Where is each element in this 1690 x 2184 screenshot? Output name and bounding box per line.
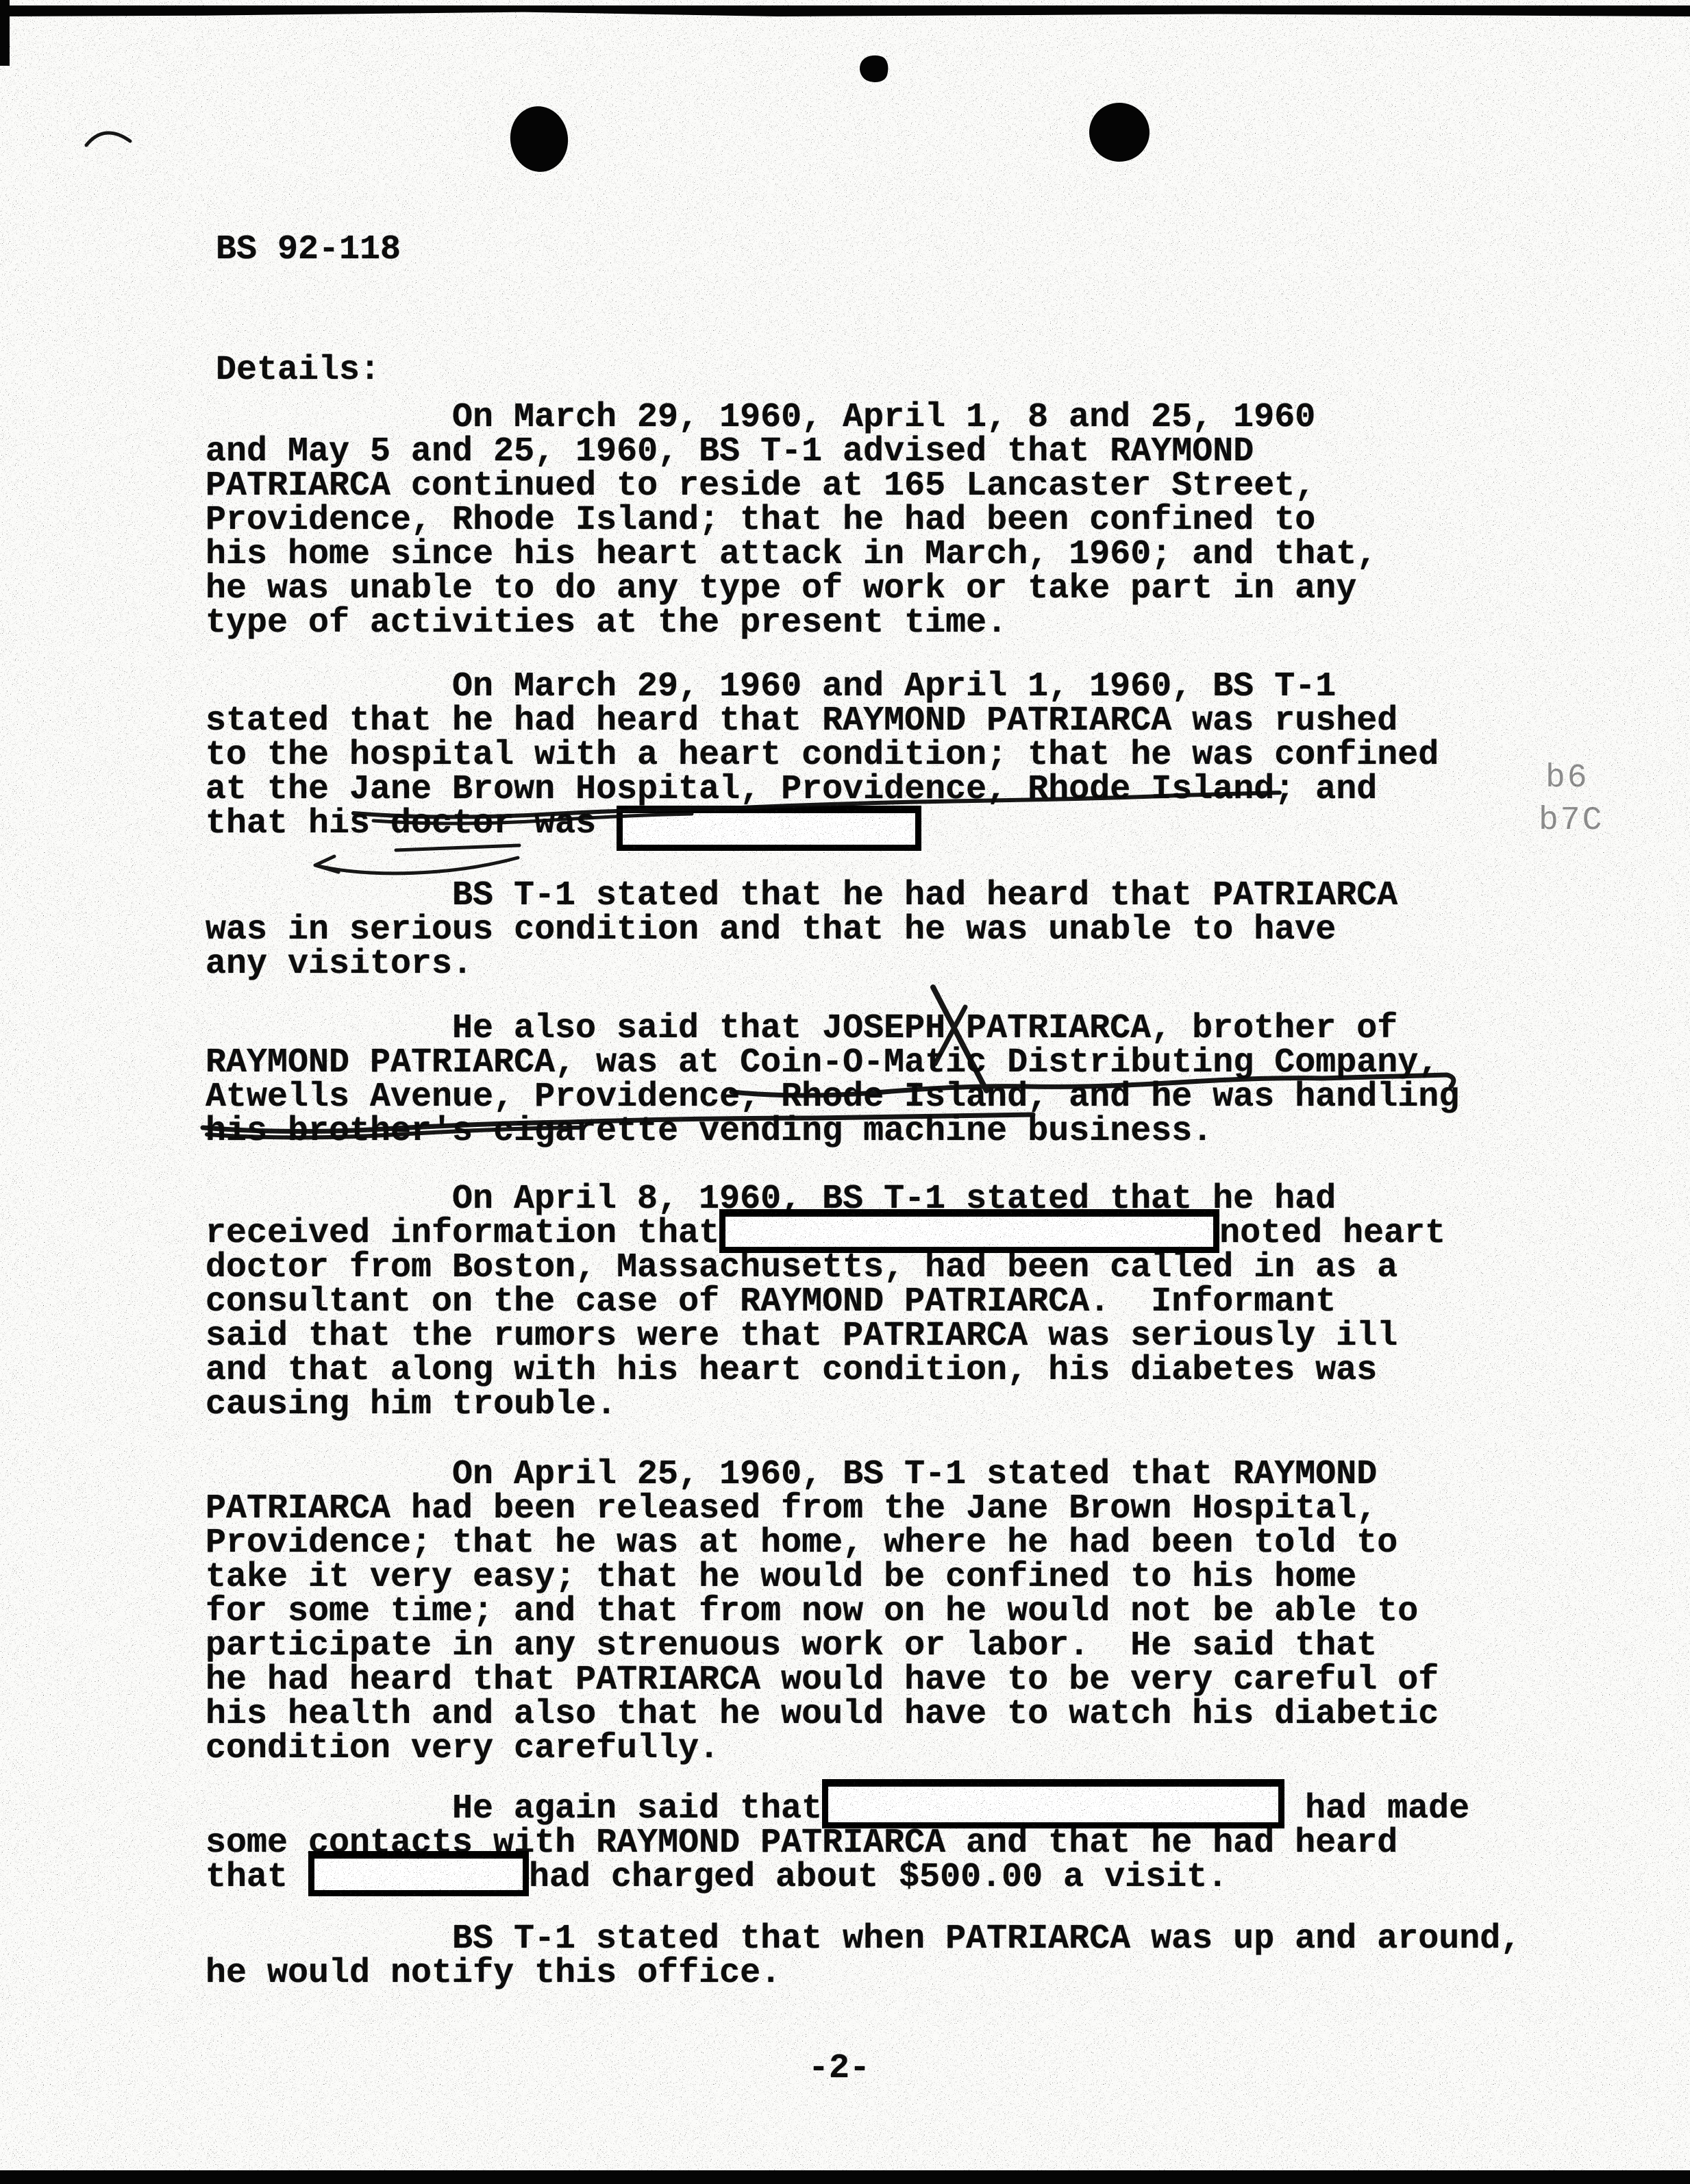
- paragraph-line: type of activities at the present time.: [206, 606, 1377, 641]
- text-run: any visitors.: [206, 945, 473, 984]
- paragraph: BS T-1 stated that when PATRIARCA was up…: [206, 1922, 1521, 1991]
- text-run: and that along with his heart condition,…: [206, 1351, 1377, 1390]
- scan-edge-left: [0, 0, 10, 66]
- paragraph-line: and May 5 and 25, 1960, BS T-1 advised t…: [206, 435, 1377, 469]
- paragraph-line: said that the rumors were that PATRIARCA…: [206, 1319, 1445, 1354]
- text-run: RAYMOND PATRIARCA, was at Coin-O-Matic D…: [206, 1043, 1439, 1082]
- redaction-box-border: [719, 1209, 1219, 1253]
- scan-edge-top: [0, 5, 1690, 16]
- paragraph-line: to the hospital with a heart condition; …: [206, 739, 1439, 773]
- paragraph-line: He also said that JOSEPH PATRIARCA, brot…: [206, 1012, 1459, 1046]
- exemption-code-b7c: b7C: [1539, 804, 1604, 837]
- text-run: causing him trouble.: [206, 1385, 617, 1424]
- redaction-box-border: [308, 1851, 529, 1896]
- paragraph-line: On April 25, 1960, BS T-1 stated that RA…: [206, 1458, 1439, 1492]
- text-run: take it very easy; that he would be conf…: [206, 1558, 1356, 1597]
- paragraph-line: RAYMOND PATRIARCA, was at Coin-O-Matic D…: [206, 1046, 1459, 1080]
- paragraph-line: he would notify this office.: [206, 1957, 1521, 1991]
- paragraph: BS T-1 stated that he had heard that PAT…: [206, 879, 1397, 982]
- text-run: had charged about $500.00 a visit.: [529, 1858, 1228, 1897]
- text-run: was in serious condition and that he was…: [206, 910, 1336, 950]
- text-run: at the Jane Brown Hospital, Providence, …: [206, 770, 1377, 809]
- text-run: and May 5 and 25, 1960, BS T-1 advised t…: [206, 432, 1254, 471]
- text-run: that his doctor was: [206, 804, 617, 843]
- paragraph-line: causing him trouble.: [206, 1388, 1445, 1422]
- paragraph: On April 8, 1960, BS T-1 stated that he …: [206, 1182, 1445, 1422]
- text-run: for some time; and that from now on he w…: [206, 1592, 1418, 1631]
- text-run: On March 29, 1960, April 1, 8 and 25, 19…: [452, 398, 1315, 437]
- text-run: to the hospital with a heart condition; …: [206, 736, 1439, 775]
- paragraph-line: Providence, Rhode Island; that he had be…: [206, 504, 1377, 538]
- page-number: -2-: [808, 2052, 870, 2086]
- text-run: he was unable to do any type of work or …: [206, 569, 1356, 608]
- text-run: He again said that: [452, 1789, 822, 1828]
- paragraph-line: He again said that had made: [206, 1792, 1469, 1826]
- case-number: BS 92-118: [216, 233, 401, 267]
- text-run: his home since his heart attack in March…: [206, 535, 1377, 574]
- text-run: BS T-1 stated that he had heard that PAT…: [452, 876, 1397, 915]
- text-run: Atwells Avenue, Providence, Rhode Island…: [206, 1078, 1459, 1117]
- text-run: On April 25, 1960, BS T-1 stated that RA…: [452, 1455, 1377, 1494]
- text-run: He also said that JOSEPH PATRIARCA, brot…: [452, 1009, 1397, 1048]
- text-run: Providence; that he was at home, where h…: [206, 1524, 1397, 1563]
- paragraph-line: consultant on the case of RAYMOND PATRIA…: [206, 1285, 1445, 1319]
- redaction-box: [719, 1217, 1219, 1251]
- text-run: said that the rumors were that PATRIARCA…: [206, 1317, 1397, 1356]
- text-run: had made: [1284, 1789, 1469, 1828]
- paragraph-line: was in serious condition and that he was…: [206, 913, 1397, 947]
- text-run: his brother's cigarette vending machine …: [206, 1112, 1213, 1151]
- paragraph-line: he had heard that PATRIARCA would have t…: [206, 1663, 1439, 1698]
- paragraph: On April 25, 1960, BS T-1 stated that RA…: [206, 1458, 1439, 1766]
- text-run: noted heart: [1219, 1214, 1445, 1253]
- details-label: Details:: [216, 353, 380, 388]
- paragraph: He also said that JOSEPH PATRIARCA, brot…: [206, 1012, 1459, 1149]
- text-run: PATRIARCA had been released from the Jan…: [206, 1489, 1377, 1528]
- text-run: On March 29, 1960 and April 1, 1960, BS …: [452, 667, 1336, 706]
- paragraph-line: Atwells Avenue, Providence, Rhode Island…: [206, 1080, 1459, 1115]
- text-run: he would notify this office.: [206, 1954, 781, 1993]
- redaction-box: [822, 1792, 1284, 1826]
- paragraph-line: his brother's cigarette vending machine …: [206, 1115, 1459, 1149]
- paragraph: On March 29, 1960 and April 1, 1960, BS …: [206, 670, 1439, 841]
- text-run: that: [206, 1858, 308, 1897]
- paragraph-line: and that along with his heart condition,…: [206, 1354, 1445, 1388]
- text-run: doctor from Boston, Massachusetts, had b…: [206, 1248, 1397, 1287]
- text-run: stated that he had heard that RAYMOND PA…: [206, 702, 1397, 741]
- scanned-document-page: BS 92-118 Details: On March 29, 1960, Ap…: [0, 0, 1690, 2184]
- redaction-box: [308, 1861, 529, 1895]
- paragraph-line: PATRIARCA had been released from the Jan…: [206, 1492, 1439, 1526]
- paragraph-line: condition very carefully.: [206, 1732, 1439, 1766]
- paragraph-line: that his doctor was: [206, 807, 1439, 841]
- redaction-box-border: [822, 1779, 1284, 1828]
- paragraph: On March 29, 1960, April 1, 8 and 25, 19…: [206, 401, 1377, 641]
- text-run: condition very carefully.: [206, 1729, 719, 1768]
- text-run: received information that: [206, 1214, 719, 1253]
- paragraph-line: that had charged about $500.00 a visit.: [206, 1861, 1469, 1895]
- text-run: BS T-1 stated that when PATRIARCA was up…: [452, 1920, 1521, 1959]
- paragraph-line: for some time; and that from now on he w…: [206, 1595, 1439, 1629]
- paragraph-line: On March 29, 1960, April 1, 8 and 25, 19…: [206, 401, 1377, 435]
- paragraph-line: at the Jane Brown Hospital, Providence, …: [206, 773, 1439, 807]
- paragraph-line: stated that he had heard that RAYMOND PA…: [206, 704, 1439, 739]
- text-run: PATRIARCA continued to reside at 165 Lan…: [206, 467, 1315, 506]
- paragraph-line: any visitors.: [206, 947, 1397, 982]
- text-run: consultant on the case of RAYMOND PATRIA…: [206, 1282, 1336, 1321]
- exemption-code-b6: b6: [1545, 762, 1589, 795]
- paragraph-line: participate in any strenuous work or lab…: [206, 1629, 1439, 1663]
- paragraph-line: BS T-1 stated that when PATRIARCA was up…: [206, 1922, 1521, 1957]
- paragraph-line: PATRIARCA continued to reside at 165 Lan…: [206, 469, 1377, 504]
- text-run: he had heard that PATRIARCA would have t…: [206, 1661, 1439, 1700]
- paragraph-line: his health and also that he would have t…: [206, 1698, 1439, 1732]
- paragraph-line: take it very easy; that he would be conf…: [206, 1561, 1439, 1595]
- text-run: Providence, Rhode Island; that he had be…: [206, 501, 1315, 540]
- paragraph: He again said that had madesome contacts…: [206, 1792, 1469, 1895]
- document-text: BS 92-118 Details: On March 29, 1960, Ap…: [0, 0, 1690, 2184]
- paragraph-line: doctor from Boston, Massachusetts, had b…: [206, 1251, 1445, 1285]
- paragraph-line: BS T-1 stated that he had heard that PAT…: [206, 879, 1397, 913]
- paragraph-line: he was unable to do any type of work or …: [206, 572, 1377, 606]
- text-run: his health and also that he would have t…: [206, 1695, 1439, 1734]
- redaction-box-border: [617, 806, 921, 851]
- text-run: type of activities at the present time.: [206, 604, 1007, 643]
- text-run: participate in any strenuous work or lab…: [206, 1626, 1377, 1665]
- redaction-box: [617, 807, 921, 841]
- paragraph-line: On March 29, 1960 and April 1, 1960, BS …: [206, 670, 1439, 704]
- paragraph-line: his home since his heart attack in March…: [206, 538, 1377, 572]
- paragraph-line: Providence; that he was at home, where h…: [206, 1526, 1439, 1561]
- scan-edge-bottom: [0, 2170, 1690, 2184]
- paragraph-line: received information thatnoted heart: [206, 1217, 1445, 1251]
